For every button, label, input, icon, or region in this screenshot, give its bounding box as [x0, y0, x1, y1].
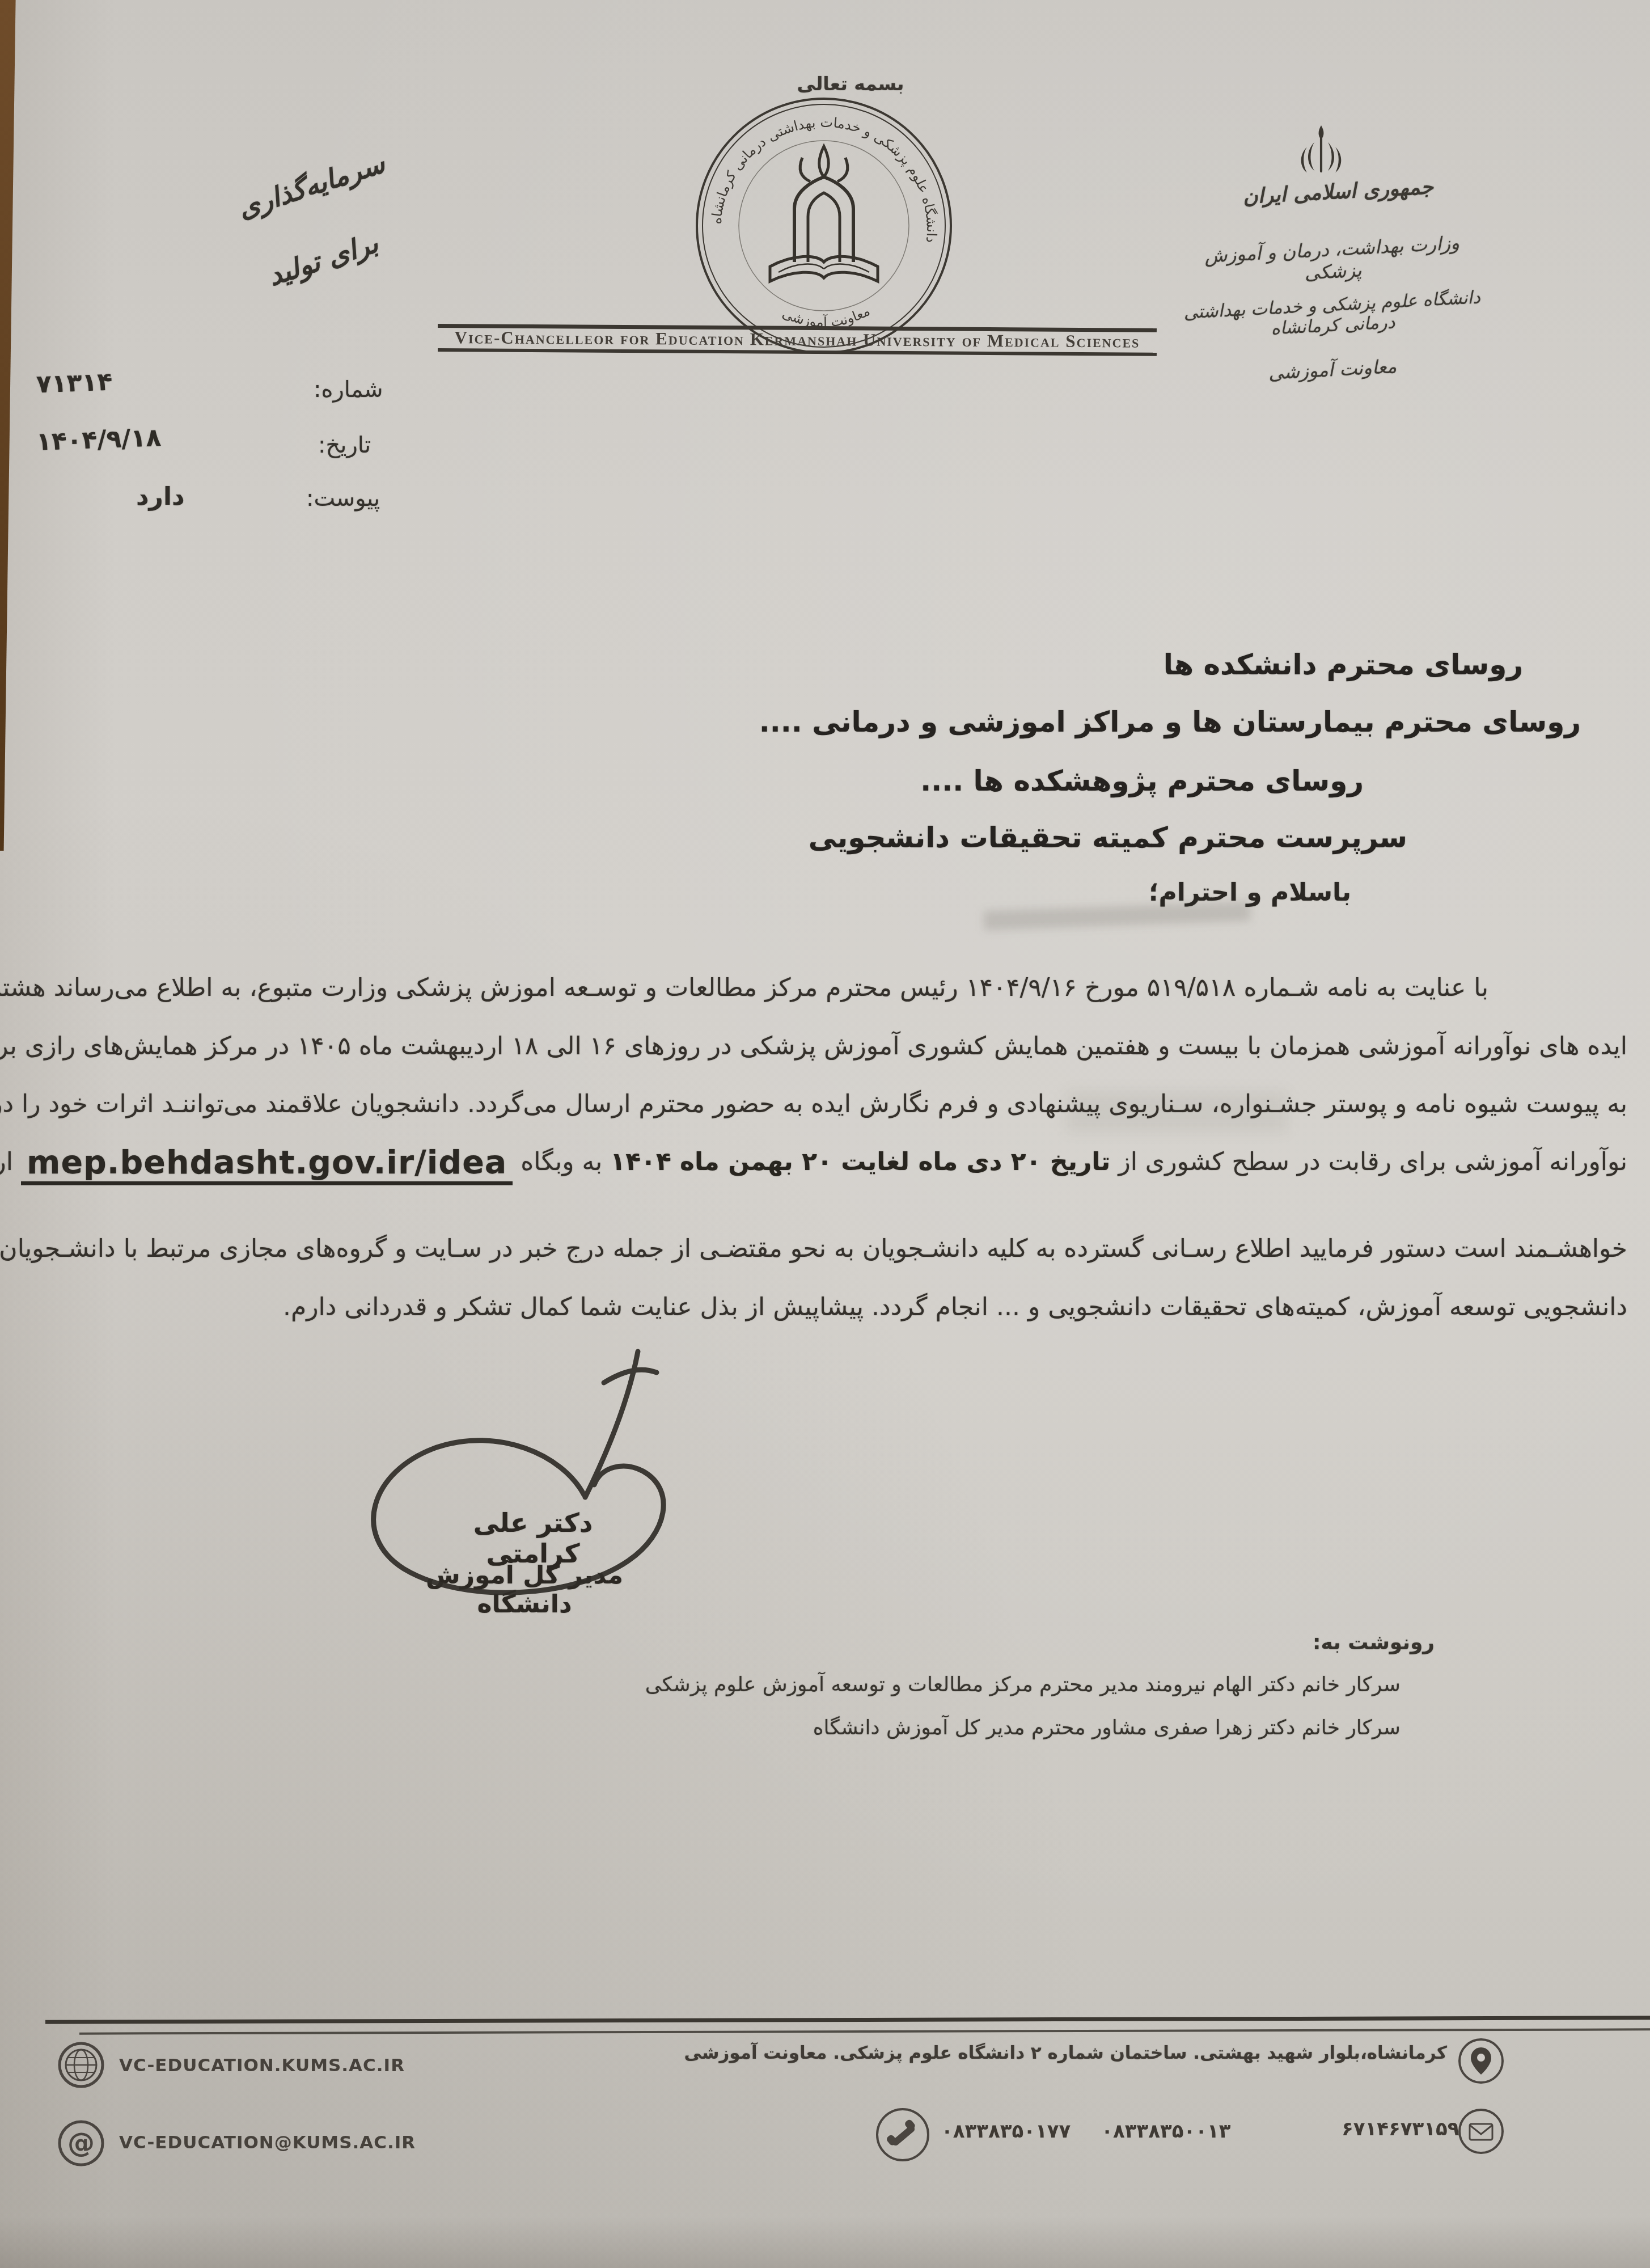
year-slogan-stamp-line1: سرمایه‌گذاری: [234, 147, 388, 225]
submission-website-link: mep.behdasht.gov.ir/idea: [21, 1147, 513, 1185]
seal-book-tulip-glyph: [770, 146, 878, 281]
number-value: ۷۱۳۱۴: [36, 368, 113, 399]
attachment-label: پیوست:: [306, 485, 380, 512]
phone-icon: [873, 2105, 932, 2164]
body-line: ایده های نوآورانه آموزشی همزمان با بیست …: [23, 1029, 1627, 1063]
body-line: به پیوست شیوه نامه و پوستر جشـنواره، سـن…: [23, 1087, 1627, 1121]
recipient-line: روسای محترم پژوهشکده ها ....: [920, 765, 1364, 797]
location-pin-icon: [1457, 2036, 1505, 2086]
body-line: با عنایت به نامه شـماره ۵۱۹/۵۱۸ مورخ ۱۴۰…: [23, 971, 1627, 1005]
envelope-icon: [1457, 2107, 1505, 2155]
date-value: ۱۴۰۴/۹/۱۸: [36, 423, 162, 457]
number-label: شماره:: [314, 377, 383, 403]
address-text: کرمانشاه،بلوار شهید بهشتی. ساختمان شماره…: [684, 2043, 1447, 2063]
gov-university-line: دانشگاه علوم پزشکی و خدمات بهداشتی درمان…: [1156, 286, 1509, 345]
phone-numbers: ۰۸۳۳۸۳۵۰۰۱۳ ۰۸۳۳۸۳۵۰۱۷۷: [941, 2120, 1230, 2143]
recipient-line: سرپرست محترم کمیته تحقیقات دانشجویی: [809, 821, 1407, 854]
deadline-bold-text: تاریخ ۲۰ دی ماه لغایت ۲۰ بهمن ماه ۱۴۰۴: [610, 1147, 1110, 1176]
body-line: نوآورانه آموزشی برای رقابت در سطح کشوری …: [23, 1143, 1627, 1182]
cc-item: سرکار خانم دکتر الهام نیرومند مدیر محترم…: [645, 1673, 1401, 1696]
footer-rule-top: [45, 2016, 1650, 2024]
signature-swirl-icon: [318, 1343, 748, 1627]
website-text: VC-EDUCATION.KUMS.AC.IR: [119, 2055, 405, 2076]
postal-code: ۶۷۱۴۶۷۳۱۵۹: [1342, 2118, 1459, 2140]
footer-rule-bottom: [79, 2028, 1650, 2034]
cc-item: سرکار خانم دکتر زهرا صفری مشاور محترم مد…: [813, 1716, 1401, 1739]
scanned-letter-photo: سرمایه‌گذاری برای تولید بسمه تعالی دانشگ…: [0, 0, 1650, 2268]
globe-icon: [57, 2041, 105, 2089]
gov-deputy-line: معاونت آموزشی: [1219, 353, 1446, 387]
year-slogan-stamp-line2: برای تولید: [264, 227, 382, 292]
body-line: دانشجویی توسعه آموزش، کمیته‌های تحقیقات …: [23, 1290, 1627, 1324]
salutation-text: باسلام و احترام؛: [1149, 878, 1351, 907]
recipient-line: روسای محترم دانشکده ها: [1164, 648, 1523, 681]
body-line4-pre: نوآورانه آموزشی برای رقابت در سطح کشوری …: [1110, 1147, 1627, 1176]
svg-text:@: @: [67, 2127, 95, 2159]
gov-ministry-line: وزارت بهداشت، درمان و آموزش پزشکی: [1178, 230, 1486, 290]
university-seal-icon: دانشگاه علوم پزشکی و خدمات بهداشتی درمان…: [691, 90, 957, 362]
at-email-icon: @: [57, 2119, 105, 2168]
body-line: خواهشـمند است دستور فرمایید اطلاع رسـانی…: [23, 1232, 1627, 1266]
recipient-line: روسای محترم بیمارستان ها و مراکز اموزشی …: [759, 706, 1581, 738]
photo-bottom-shadow: [0, 2217, 1650, 2268]
date-label: تاریخ:: [318, 432, 371, 458]
attachment-value: دارد: [136, 482, 185, 511]
body-line4-mid: به وبگاه: [513, 1147, 610, 1176]
cc-label: رونوشت به:: [1313, 1631, 1435, 1654]
iran-emblem-icon: [1296, 124, 1347, 183]
body-line4-post: ارسال نمایند.: [0, 1147, 21, 1176]
email-text: VC-EDUCATION@KUMS.AC.IR: [119, 2132, 416, 2153]
table-edge-background: [0, 0, 17, 851]
